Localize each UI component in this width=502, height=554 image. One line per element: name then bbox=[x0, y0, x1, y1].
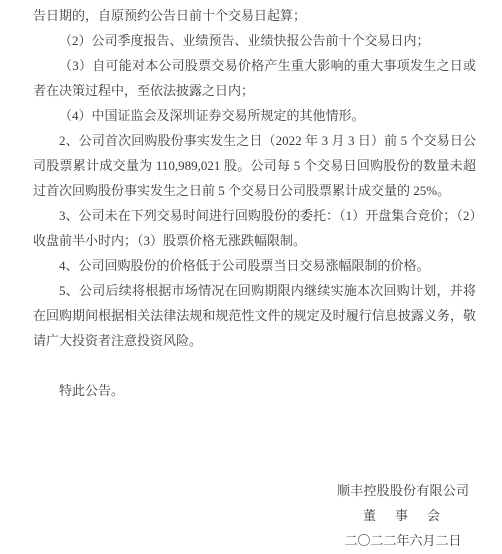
announcement-body: 告日期的，自原预约公告日前十个交易日起算； （2）公司季度报告、业绩预告、业绩快… bbox=[33, 3, 476, 353]
paragraph: 5、公司后续将根据市场情况在回购期限内继续实施本次回购计划，并将在回购期间根据相… bbox=[33, 278, 476, 353]
signature-board: 董 事 会 bbox=[337, 503, 469, 528]
signature-block: 顺丰控股股份有限公司 董 事 会 二〇二二年六月二日 bbox=[337, 478, 469, 553]
paragraph: （4）中国证监会及深圳证券交易所规定的其他情形。 bbox=[33, 103, 476, 128]
document-page: 告日期的，自原预约公告日前十个交易日起算； （2）公司季度报告、业绩预告、业绩快… bbox=[0, 0, 502, 554]
paragraph: （2）公司季度报告、业绩预告、业绩快报公告前十个交易日内； bbox=[33, 28, 476, 53]
signature-company: 顺丰控股股份有限公司 bbox=[337, 478, 469, 503]
paragraph: 4、公司回购股份的价格低于公司股票当日交易涨幅限制的价格。 bbox=[33, 253, 476, 278]
paragraph: （3）自可能对本公司股票交易价格产生重大影响的重大事项发生之日或者在决策过程中，… bbox=[33, 53, 476, 103]
paragraph: 2、公司首次回购股份事实发生之日（2022 年 3 月 3 日）前 5 个交易日… bbox=[33, 128, 476, 203]
paragraph: 告日期的，自原预约公告日前十个交易日起算； bbox=[33, 3, 476, 28]
signature-date: 二〇二二年六月二日 bbox=[337, 528, 469, 553]
paragraph: 3、公司未在下列交易时间进行回购股份的委托：（1）开盘集合竞价；（2）收盘前半小… bbox=[33, 203, 476, 253]
closing-statement: 特此公告。 bbox=[33, 378, 476, 403]
